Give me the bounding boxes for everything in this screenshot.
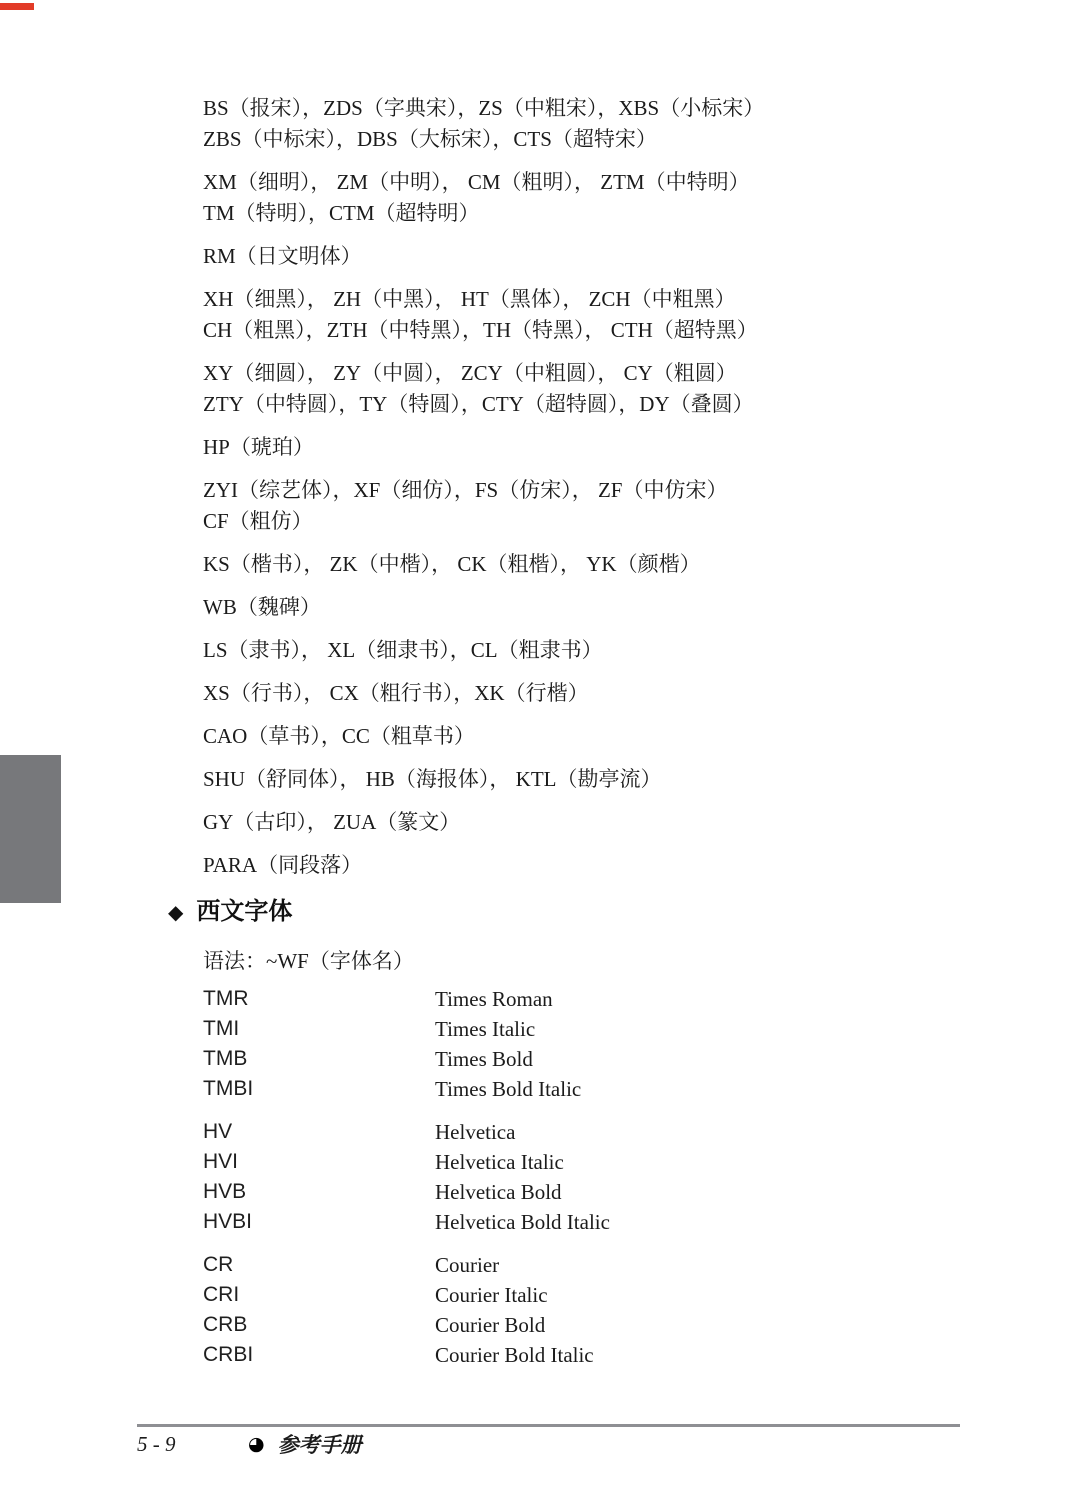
font-code: TMBI <box>203 1074 435 1104</box>
font-list-paragraph: XH（细黑）， ZH（中黑）， HT（黑体）， ZCH（中粗黑） CH（粗黑），… <box>203 284 863 346</box>
table-row: CRBI Courier Bold Italic <box>203 1340 863 1370</box>
font-code: TMB <box>203 1044 435 1074</box>
table-row: CRI Courier Italic <box>203 1280 863 1310</box>
font-name: Times Roman <box>435 984 553 1014</box>
font-list-line: BS（报宋），ZDS（字典宋），ZS（中粗宋），XBS（小标宋） <box>203 93 863 124</box>
font-list-paragraph: XY（细圆）， ZY（中圆）， ZCY（中粗圆）， CY（粗圆） ZTY（中特圆… <box>203 358 863 420</box>
font-list-line: ZTY（中特圆），TY（特圆），CTY（超特圆），DY（叠圆） <box>203 389 863 420</box>
manual-logo-icon: ◕ <box>248 1435 265 1454</box>
syntax-line: 语法：~WF（字体名） <box>203 946 863 977</box>
table-row: TMR Times Roman <box>203 984 863 1014</box>
chapter-side-tab <box>0 755 61 903</box>
manual-page: BS（报宋），ZDS（字典宋），ZS（中粗宋），XBS（小标宋） ZBS（中标宋… <box>0 0 1073 1488</box>
font-code: CRB <box>203 1310 435 1340</box>
font-name: Helvetica Italic <box>435 1147 564 1177</box>
font-list-paragraph: CAO（草书），CC（粗草书） <box>203 721 863 752</box>
font-code: HVBI <box>203 1207 435 1237</box>
font-list-line: PARA（同段落） <box>203 850 863 881</box>
font-list-line: XY（细圆）， ZY（中圆）， ZCY（中粗圆）， CY（粗圆） <box>203 358 863 389</box>
table-row: TMI Times Italic <box>203 1014 863 1044</box>
table-row: CRB Courier Bold <box>203 1310 863 1340</box>
font-list-line: RM（日文明体） <box>203 241 863 272</box>
section-heading-western-fonts: ◆ 西文字体 <box>168 897 863 927</box>
font-name: Helvetica Bold Italic <box>435 1207 610 1237</box>
western-font-table: TMR Times Roman TMI Times Italic TMB Tim… <box>203 984 863 1370</box>
font-list-paragraph: GY（古印）， ZUA（篆文） <box>203 807 863 838</box>
diamond-bullet-icon: ◆ <box>168 902 183 922</box>
font-list-paragraph: XS（行书）， CX（粗行书），XK（行楷） <box>203 678 863 709</box>
font-name: Courier <box>435 1250 499 1280</box>
font-list-paragraph: XM（细明）， ZM（中明）， CM（粗明）， ZTM（中特明） TM（特明），… <box>203 167 863 229</box>
section-heading-label: 西文字体 <box>196 897 292 927</box>
font-name: Times Bold Italic <box>435 1074 581 1104</box>
footer-rule <box>137 1424 960 1427</box>
page-corner-red-mark <box>0 3 34 10</box>
font-list-line: ZYI（综艺体），XF（细仿），FS（仿宋）， ZF（中仿宋） <box>203 475 863 506</box>
font-list-line: TM（特明），CTM（超特明） <box>203 198 863 229</box>
font-list-paragraph: KS（楷书）， ZK（中楷）， CK（粗楷）， YK（颜楷） <box>203 549 863 580</box>
font-name: Helvetica <box>435 1117 515 1147</box>
font-list-paragraph: HP（琥珀） <box>203 432 863 463</box>
page-footer: 5 - 9 ◕ 参考手册 <box>137 1429 362 1459</box>
font-name: Courier Bold <box>435 1310 545 1340</box>
font-code: HVI <box>203 1147 435 1177</box>
font-list-line: CAO（草书），CC（粗草书） <box>203 721 863 752</box>
font-list-line: HP（琥珀） <box>203 432 863 463</box>
font-list-line: XS（行书）， CX（粗行书），XK（行楷） <box>203 678 863 709</box>
font-list-paragraph: WB（魏碑） <box>203 592 863 623</box>
font-code: CR <box>203 1250 435 1280</box>
font-list-paragraph: RM（日文明体） <box>203 241 863 272</box>
font-group-times: TMR Times Roman TMI Times Italic TMB Tim… <box>203 984 863 1104</box>
font-name: Courier Italic <box>435 1280 548 1310</box>
font-list-line: SHU（舒同体）， HB（海报体）， KTL（勘亭流） <box>203 764 863 795</box>
table-row: HVI Helvetica Italic <box>203 1147 863 1177</box>
font-list-paragraph: PARA（同段落） <box>203 850 863 881</box>
font-code: HV <box>203 1117 435 1147</box>
page-content: BS（报宋），ZDS（字典宋），ZS（中粗宋），XBS（小标宋） ZBS（中标宋… <box>203 93 863 1383</box>
font-list-line: ZBS（中标宋），DBS（大标宋），CTS（超特宋） <box>203 124 863 155</box>
table-row: HVBI Helvetica Bold Italic <box>203 1207 863 1237</box>
font-code: TMR <box>203 984 435 1014</box>
table-row: TMB Times Bold <box>203 1044 863 1074</box>
font-code: CRI <box>203 1280 435 1310</box>
font-name: Helvetica Bold <box>435 1177 562 1207</box>
font-code: HVB <box>203 1177 435 1207</box>
font-group-helvetica: HV Helvetica HVI Helvetica Italic HVB He… <box>203 1117 863 1237</box>
table-row: TMBI Times Bold Italic <box>203 1074 863 1104</box>
font-list-paragraph: ZYI（综艺体），XF（细仿），FS（仿宋）， ZF（中仿宋） CF（粗仿） <box>203 475 863 537</box>
font-list-paragraph: BS（报宋），ZDS（字典宋），ZS（中粗宋），XBS（小标宋） ZBS（中标宋… <box>203 93 863 155</box>
table-row: HV Helvetica <box>203 1117 863 1147</box>
table-row: CR Courier <box>203 1250 863 1280</box>
font-list-line: XM（细明）， ZM（中明）， CM（粗明）， ZTM（中特明） <box>203 167 863 198</box>
font-code: CRBI <box>203 1340 435 1370</box>
font-list-line: GY（古印）， ZUA（篆文） <box>203 807 863 838</box>
table-row: HVB Helvetica Bold <box>203 1177 863 1207</box>
page-number: 5 - 9 <box>137 1432 248 1457</box>
font-list-line: XH（细黑）， ZH（中黑）， HT（黑体）， ZCH（中粗黑） <box>203 284 863 315</box>
font-code: TMI <box>203 1014 435 1044</box>
font-name: Courier Bold Italic <box>435 1340 594 1370</box>
chinese-font-list: BS（报宋），ZDS（字典宋），ZS（中粗宋），XBS（小标宋） ZBS（中标宋… <box>203 93 863 881</box>
font-list-line: CF（粗仿） <box>203 506 863 537</box>
font-list-line: WB（魏碑） <box>203 592 863 623</box>
font-list-line: LS（隶书）， XL（细隶书），CL（粗隶书） <box>203 635 863 666</box>
font-name: Times Italic <box>435 1014 535 1044</box>
manual-title: 参考手册 <box>278 1429 362 1459</box>
font-list-paragraph: LS（隶书）， XL（细隶书），CL（粗隶书） <box>203 635 863 666</box>
font-group-courier: CR Courier CRI Courier Italic CRB Courie… <box>203 1250 863 1370</box>
font-list-line: KS（楷书）， ZK（中楷）， CK（粗楷）， YK（颜楷） <box>203 549 863 580</box>
font-list-line: CH（粗黑），ZTH（中特黑），TH（特黑）， CTH（超特黑） <box>203 315 863 346</box>
font-name: Times Bold <box>435 1044 533 1074</box>
font-list-paragraph: SHU（舒同体）， HB（海报体）， KTL（勘亭流） <box>203 764 863 795</box>
